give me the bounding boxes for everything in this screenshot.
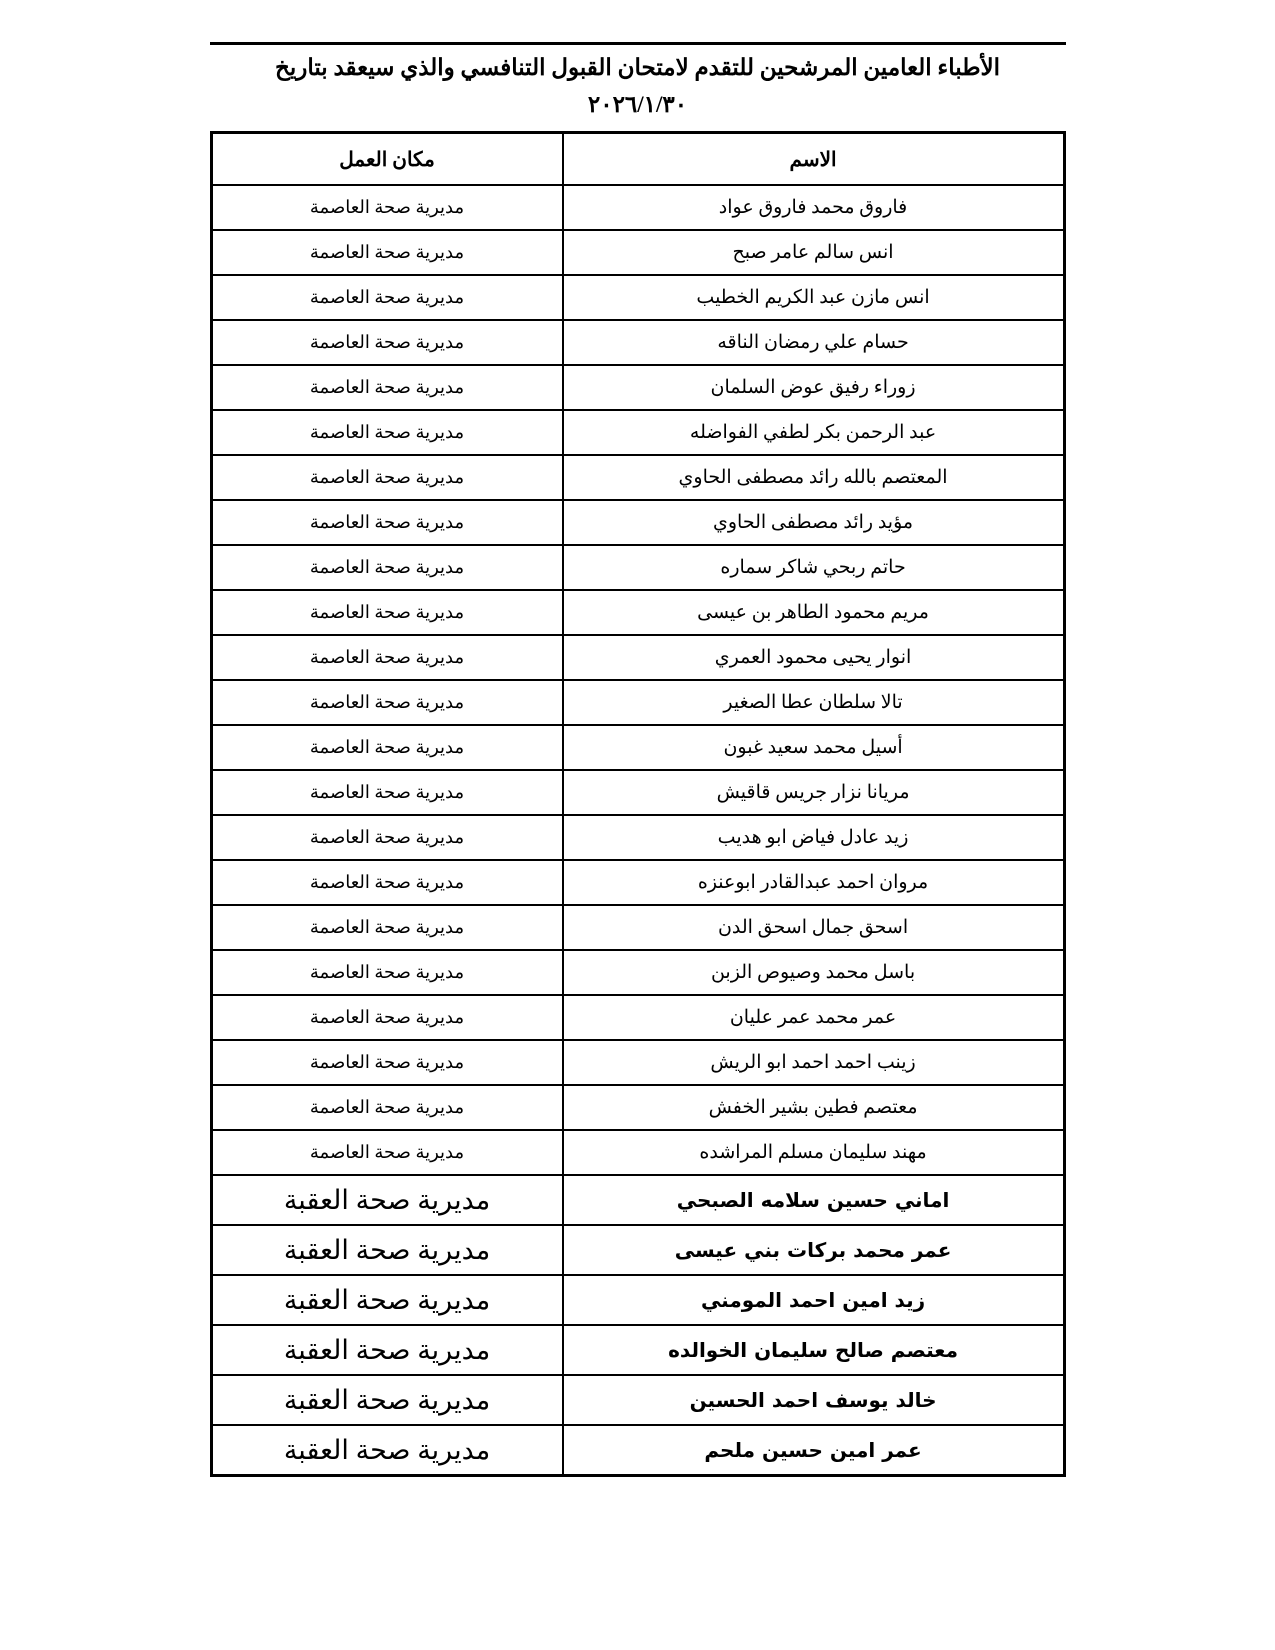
workplace: مديرية صحة العاصمة bbox=[211, 455, 563, 500]
table-row: المعتصم بالله رائد مصطفى الحاويمديرية صح… bbox=[211, 455, 1064, 500]
table-row: خالد يوسف احمد الحسينمديرية صحة العقبة bbox=[211, 1375, 1064, 1425]
workplace: مديرية صحة العاصمة bbox=[211, 725, 563, 770]
workplace: مديرية صحة العاصمة bbox=[211, 185, 563, 230]
candidate-name: المعتصم بالله رائد مصطفى الحاوي bbox=[563, 455, 1064, 500]
workplace: مديرية صحة العقبة bbox=[211, 1225, 563, 1275]
candidate-name: زيد امين احمد المومني bbox=[563, 1275, 1064, 1325]
workplace: مديرية صحة العاصمة bbox=[211, 500, 563, 545]
candidate-name: زوراء رفيق عوض السلمان bbox=[563, 365, 1064, 410]
document-page: الأطباء العامين المرشحين للتقدم لامتحان … bbox=[0, 0, 1275, 1650]
candidate-name: زيد عادل فياض ابو هديب bbox=[563, 815, 1064, 860]
workplace: مديرية صحة العاصمة bbox=[211, 860, 563, 905]
table-row: مؤيد رائد مصطفى الحاويمديرية صحة العاصمة bbox=[211, 500, 1064, 545]
workplace: مديرية صحة العاصمة bbox=[211, 590, 563, 635]
candidate-name: عبد الرحمن بكر لطفي الفواضله bbox=[563, 410, 1064, 455]
workplace: مديرية صحة العقبة bbox=[211, 1175, 563, 1225]
table-row: باسل محمد وصيوص الزبنمديرية صحة العاصمة bbox=[211, 950, 1064, 995]
workplace: مديرية صحة العاصمة bbox=[211, 1130, 563, 1175]
exam-date: ٢٠٢٦/١/٣٠ bbox=[210, 86, 1066, 123]
candidate-name: معتصم فطين بشير الخفش bbox=[563, 1085, 1064, 1130]
candidate-name: زينب احمد احمد ابو الريش bbox=[563, 1040, 1064, 1085]
candidate-name: مهند سليمان مسلم المراشده bbox=[563, 1130, 1064, 1175]
candidate-name: انوار يحيى محمود العمري bbox=[563, 635, 1064, 680]
table-row: عمر محمد عمر عليانمديرية صحة العاصمة bbox=[211, 995, 1064, 1040]
table-row: انوار يحيى محمود العمريمديرية صحة العاصم… bbox=[211, 635, 1064, 680]
table-head: الاسم مكان العمل bbox=[211, 133, 1064, 186]
table-row: أسيل محمد سعيد غبونمديرية صحة العاصمة bbox=[211, 725, 1064, 770]
candidates-table: الاسم مكان العمل فاروق محمد فاروق عوادمد… bbox=[210, 131, 1066, 1477]
workplace: مديرية صحة العاصمة bbox=[211, 815, 563, 860]
table-row: عمر محمد بركات بني عيسىمديرية صحة العقبة bbox=[211, 1225, 1064, 1275]
candidate-name: اسحق جمال اسحق الدن bbox=[563, 905, 1064, 950]
column-header-name: الاسم bbox=[563, 133, 1064, 186]
table-row: مهند سليمان مسلم المراشدهمديرية صحة العا… bbox=[211, 1130, 1064, 1175]
workplace: مديرية صحة العاصمة bbox=[211, 950, 563, 995]
workplace: مديرية صحة العقبة bbox=[211, 1425, 563, 1476]
table-row: زيد عادل فياض ابو هديبمديرية صحة العاصمة bbox=[211, 815, 1064, 860]
workplace: مديرية صحة العاصمة bbox=[211, 905, 563, 950]
candidate-name: مريم محمود الطاهر بن عيسى bbox=[563, 590, 1064, 635]
workplace: مديرية صحة العاصمة bbox=[211, 545, 563, 590]
workplace: مديرية صحة العاصمة bbox=[211, 770, 563, 815]
column-header-workplace: مكان العمل bbox=[211, 133, 563, 186]
table-body: فاروق محمد فاروق عوادمديرية صحة العاصمةا… bbox=[211, 185, 1064, 1476]
candidate-name: عمر محمد بركات بني عيسى bbox=[563, 1225, 1064, 1275]
candidate-name: حسام علي رمضان الناقه bbox=[563, 320, 1064, 365]
table-row: انس سالم عامر صبحمديرية صحة العاصمة bbox=[211, 230, 1064, 275]
candidate-name: اماني حسين سلامه الصبحي bbox=[563, 1175, 1064, 1225]
workplace: مديرية صحة العقبة bbox=[211, 1275, 563, 1325]
workplace: مديرية صحة العاصمة bbox=[211, 230, 563, 275]
workplace: مديرية صحة العاصمة bbox=[211, 275, 563, 320]
workplace: مديرية صحة العقبة bbox=[211, 1325, 563, 1375]
top-divider-line bbox=[210, 42, 1066, 45]
table-row: مريانا نزار جريس قاقيشمديرية صحة العاصمة bbox=[211, 770, 1064, 815]
table-row: عبد الرحمن بكر لطفي الفواضلهمديرية صحة ا… bbox=[211, 410, 1064, 455]
workplace: مديرية صحة العاصمة bbox=[211, 320, 563, 365]
candidate-name: انس مازن عبد الكريم الخطيب bbox=[563, 275, 1064, 320]
table-row: زينب احمد احمد ابو الريشمديرية صحة العاص… bbox=[211, 1040, 1064, 1085]
candidate-name: أسيل محمد سعيد غبون bbox=[563, 725, 1064, 770]
table-header-row: الاسم مكان العمل bbox=[211, 133, 1064, 186]
candidate-name: خالد يوسف احمد الحسين bbox=[563, 1375, 1064, 1425]
table-row: معتصم فطين بشير الخفشمديرية صحة العاصمة bbox=[211, 1085, 1064, 1130]
table-row: زوراء رفيق عوض السلمانمديرية صحة العاصمة bbox=[211, 365, 1064, 410]
table-row: مروان احمد عبدالقادر ابوعنزهمديرية صحة ا… bbox=[211, 860, 1064, 905]
table-row: زيد امين احمد المومنيمديرية صحة العقبة bbox=[211, 1275, 1064, 1325]
candidate-name: مروان احمد عبدالقادر ابوعنزه bbox=[563, 860, 1064, 905]
table-row: حسام علي رمضان الناقهمديرية صحة العاصمة bbox=[211, 320, 1064, 365]
candidate-name: معتصم صالح سليمان الخوالده bbox=[563, 1325, 1064, 1375]
workplace: مديرية صحة العقبة bbox=[211, 1375, 563, 1425]
table-row: معتصم صالح سليمان الخوالدهمديرية صحة الع… bbox=[211, 1325, 1064, 1375]
candidate-name: حاتم ربحي شاكر سماره bbox=[563, 545, 1064, 590]
table-row: حاتم ربحي شاكر سمارهمديرية صحة العاصمة bbox=[211, 545, 1064, 590]
workplace: مديرية صحة العاصمة bbox=[211, 995, 563, 1040]
table-row: مريم محمود الطاهر بن عيسىمديرية صحة العا… bbox=[211, 590, 1064, 635]
document-title: الأطباء العامين المرشحين للتقدم لامتحان … bbox=[210, 49, 1066, 123]
candidate-name: مؤيد رائد مصطفى الحاوي bbox=[563, 500, 1064, 545]
candidate-name: تالا سلطان عطا الصغير bbox=[563, 680, 1064, 725]
candidate-name: عمر امين حسين ملحم bbox=[563, 1425, 1064, 1476]
table-row: فاروق محمد فاروق عوادمديرية صحة العاصمة bbox=[211, 185, 1064, 230]
candidate-name: فاروق محمد فاروق عواد bbox=[563, 185, 1064, 230]
candidate-name: عمر محمد عمر عليان bbox=[563, 995, 1064, 1040]
candidate-name: باسل محمد وصيوص الزبن bbox=[563, 950, 1064, 995]
table-row: اماني حسين سلامه الصبحيمديرية صحة العقبة bbox=[211, 1175, 1064, 1225]
title-text: الأطباء العامين المرشحين للتقدم لامتحان … bbox=[210, 49, 1066, 86]
workplace: مديرية صحة العاصمة bbox=[211, 365, 563, 410]
table-row: تالا سلطان عطا الصغيرمديرية صحة العاصمة bbox=[211, 680, 1064, 725]
workplace: مديرية صحة العاصمة bbox=[211, 1040, 563, 1085]
candidate-name: مريانا نزار جريس قاقيش bbox=[563, 770, 1064, 815]
content-area: الأطباء العامين المرشحين للتقدم لامتحان … bbox=[210, 0, 1066, 1477]
workplace: مديرية صحة العاصمة bbox=[211, 410, 563, 455]
workplace: مديرية صحة العاصمة bbox=[211, 680, 563, 725]
workplace: مديرية صحة العاصمة bbox=[211, 1085, 563, 1130]
candidate-name: انس سالم عامر صبح bbox=[563, 230, 1064, 275]
table-row: اسحق جمال اسحق الدنمديرية صحة العاصمة bbox=[211, 905, 1064, 950]
workplace: مديرية صحة العاصمة bbox=[211, 635, 563, 680]
table-row: عمر امين حسين ملحممديرية صحة العقبة bbox=[211, 1425, 1064, 1476]
table-row: انس مازن عبد الكريم الخطيبمديرية صحة الع… bbox=[211, 275, 1064, 320]
